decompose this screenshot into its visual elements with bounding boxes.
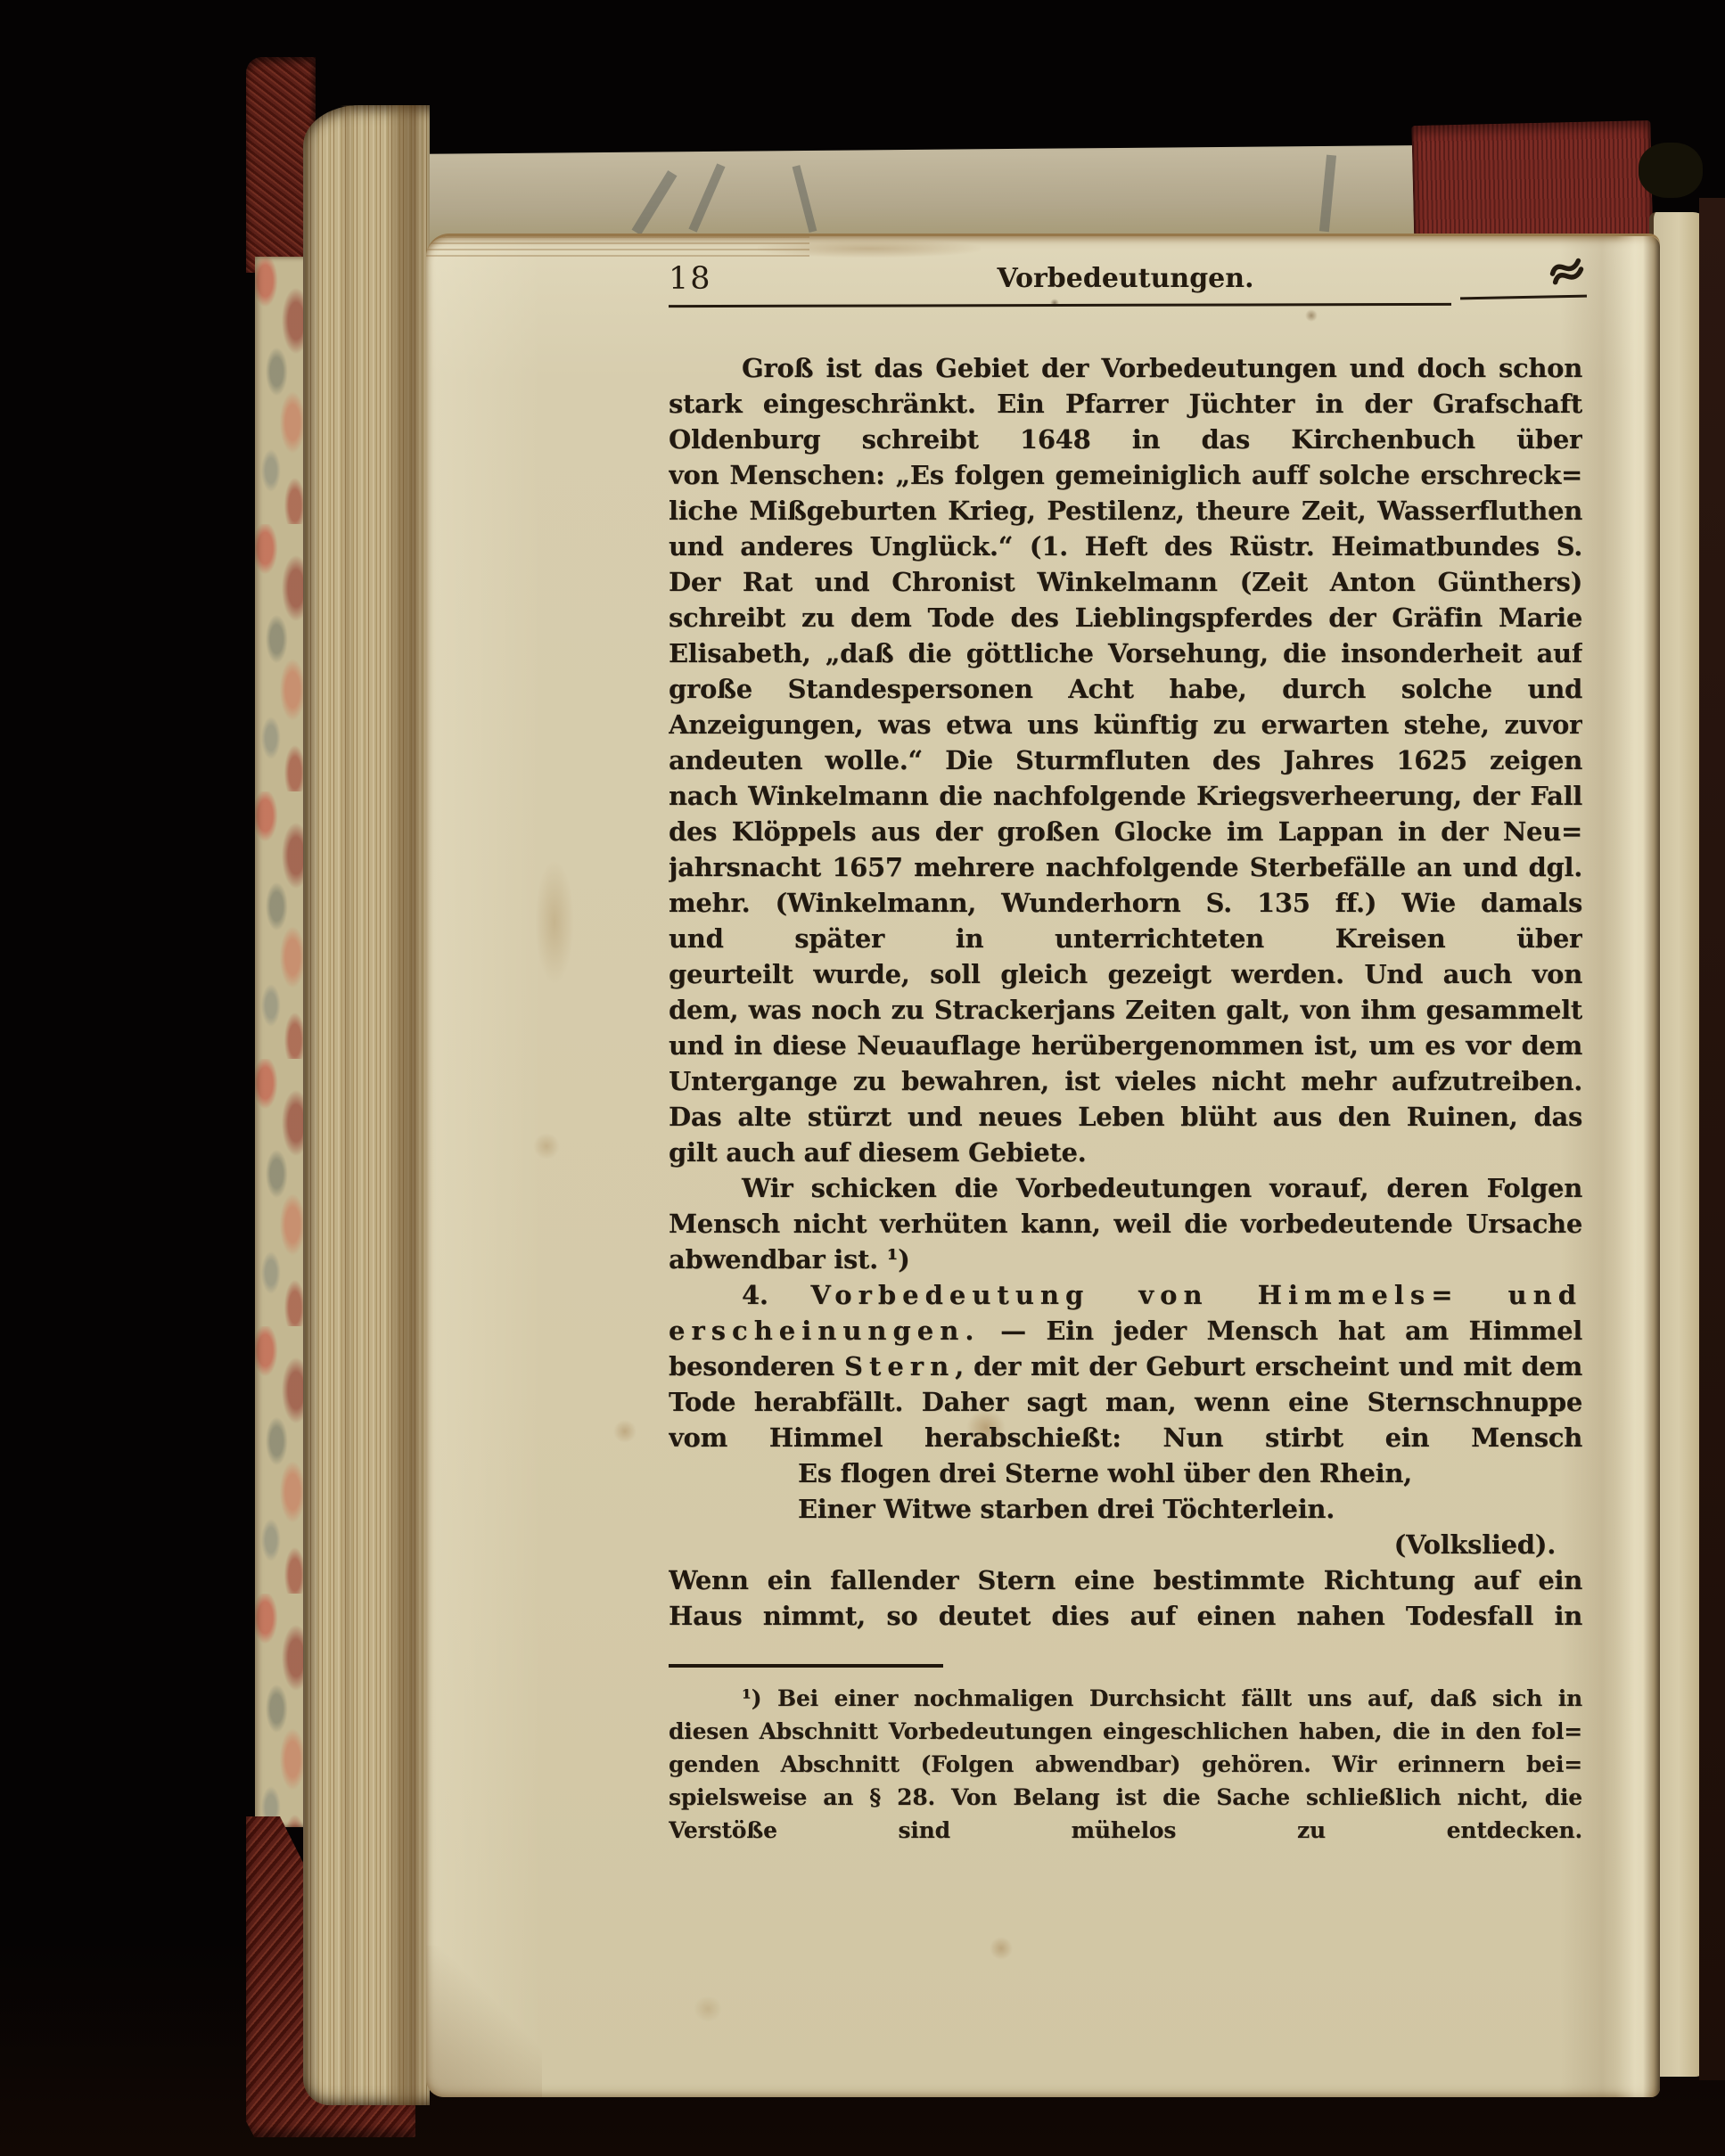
text-line: andeuten wolle.“ Die Sturmfluten des Jah… (669, 742, 1582, 778)
text-line: vom Himmel herabschießt: Nun stirbt ein … (669, 1420, 1582, 1455)
text-line: und in diese Neuauflage herübergenommen … (669, 1028, 1582, 1063)
text-line: nach Winkelmann die nachfolgende Kriegsv… (669, 778, 1582, 814)
page-header: 18 Vorbedeutungen. (669, 258, 1582, 299)
text-segment: besonderen (669, 1351, 844, 1381)
text-line: schreibt zu dem Tode des Lieblingspferde… (669, 600, 1582, 635)
label-mark (793, 165, 817, 233)
text-line: jahrsnacht 1657 mehrere nachfolgende Ste… (669, 849, 1582, 885)
paragraph: Wir schicken die Vorbedeutungen vorauf, … (669, 1170, 1582, 1277)
text-line: geurteilt wurde, soll gleich gezeigt wer… (669, 956, 1582, 992)
book-page: 18 Vorbedeutungen. Groß ist das Gebiet d… (426, 234, 1660, 2097)
footnote: ¹) Bei einer nochmaligen Durchsicht fäll… (669, 1682, 1582, 1847)
text-line: besonderen Stern, der mit der Geburt ers… (669, 1349, 1582, 1384)
text-line: und anderes Unglück.“ (1. Heft des Rüstr… (669, 529, 1582, 564)
stain (1305, 309, 1318, 322)
text-line: Mensch nicht verhüten kann, weil die vor… (669, 1206, 1582, 1242)
text-line: Wenn ein fallender Stern eine bestimmte … (669, 1562, 1582, 1598)
running-title: Vorbedeutungen. (669, 263, 1582, 294)
letterspaced-text: Stern (844, 1351, 955, 1381)
text-line: Anzeigungen, was etwa uns künftig zu erw… (669, 707, 1582, 742)
letterspaced-text: erscheinungen. (669, 1316, 980, 1346)
text-line: liche Mißgeburten Krieg, Pestilenz, theu… (669, 493, 1582, 529)
label-mark (688, 163, 725, 232)
text-line: mehr. (Winkelmann, Wunderhorn S. 135 ff.… (669, 885, 1582, 921)
text-line: Tode herabfällt. Daher sagt man, wenn ei… (669, 1384, 1582, 1420)
stain (613, 1420, 637, 1443)
headband-shadow (1639, 143, 1703, 198)
book-photo: 18 Vorbedeutungen. Groß ist das Gebiet d… (0, 0, 1725, 2156)
text-line: Der Rat und Chronist Winkelmann (Zeit An… (669, 564, 1582, 600)
page-corner-shadow (426, 1946, 542, 2097)
back-board-edge (1699, 198, 1725, 2080)
body-text: Groß ist das Gebiet der Vorbedeutungen u… (669, 350, 1582, 1634)
page-edge-streak (341, 105, 355, 2105)
stacked-page-top-edges (426, 236, 809, 259)
text-line: und später in unterrichteten Kreisen übe… (669, 921, 1582, 956)
footnote-line: Verstöße sind mühelos zu entdecken. (669, 1814, 1582, 1847)
text-line: stark eingeschränkt. Ein Pfarrer Jüchter… (669, 386, 1582, 422)
paragraph: Groß ist das Gebiet der Vorbedeutungen u… (669, 350, 1582, 1170)
text-line: abwendbar ist. ¹) (669, 1242, 1582, 1277)
text-line: gilt auch auf diesem Gebiete. (669, 1135, 1582, 1170)
text-line: (Volkslied). (669, 1527, 1582, 1562)
text-line: Haus nimmt, so deutet dies auf einen nah… (669, 1598, 1582, 1634)
header-ornament-icon (1549, 258, 1585, 288)
header-rule (669, 303, 1451, 307)
text-line: dem, was noch zu Strackerjans Zeiten gal… (669, 992, 1582, 1028)
text-line: Untergange zu bewahren, ist vieles nicht… (669, 1063, 1582, 1099)
page-edge-streak (385, 105, 426, 2105)
page-edges-stack (303, 105, 430, 2105)
stain (533, 1133, 560, 1160)
footnote-separator (669, 1664, 943, 1668)
text-line: Elisabeth, „daß die göttliche Vorsehung,… (669, 635, 1582, 671)
text-line: erscheinungen. — Ein jeder Mensch hat am… (669, 1313, 1582, 1349)
footnote-line: ¹) Bei einer nochmaligen Durchsicht fäll… (669, 1682, 1582, 1715)
text-line: Das alte stürzt und neues Leben blüht au… (669, 1099, 1582, 1135)
text-line: Oldenburg schreibt 1648 in das Kirchenbu… (669, 422, 1582, 457)
text-line: Groß ist das Gebiet der Vorbedeutungen u… (669, 350, 1582, 386)
text-line: Einer Witwe starben drei Töchterlein. (669, 1491, 1582, 1527)
stain (535, 860, 574, 985)
text-segment: 4. (742, 1280, 810, 1310)
text-line: 4. Vorbedeutung von Himmels= und Natur= (669, 1277, 1582, 1313)
paragraph: Wenn ein fallender Stern eine bestimmte … (669, 1562, 1582, 1634)
stain (990, 1937, 1013, 1960)
footnote-line: genden Abschnitt (Folgen abwendbar) gehö… (669, 1748, 1582, 1781)
text-line: des Klöppels aus der großen Glocke im La… (669, 814, 1582, 849)
paragraph: 4. Vorbedeutung von Himmels= und Natur=e… (669, 1277, 1582, 1562)
text-line: Wir schicken die Vorbedeutungen vorauf, … (669, 1170, 1582, 1206)
footnote-line: spielsweise an § 28. Von Belang ist die … (669, 1781, 1582, 1814)
label-mark (632, 170, 678, 235)
stain (694, 1996, 722, 2022)
text-line: Es flogen drei Sterne wohl über den Rhei… (669, 1455, 1582, 1491)
footnote-line: diesen Abschnitt Vorbedeutungen eingesch… (669, 1715, 1582, 1748)
text-segment: , der mit der Geburt erscheint und mit d… (955, 1351, 1582, 1381)
text-line: von Menschen: „Es folgen gemeiniglich au… (669, 457, 1582, 493)
text-line: große Standespersonen Acht habe, durch s… (669, 671, 1582, 707)
label-mark (1319, 155, 1336, 233)
